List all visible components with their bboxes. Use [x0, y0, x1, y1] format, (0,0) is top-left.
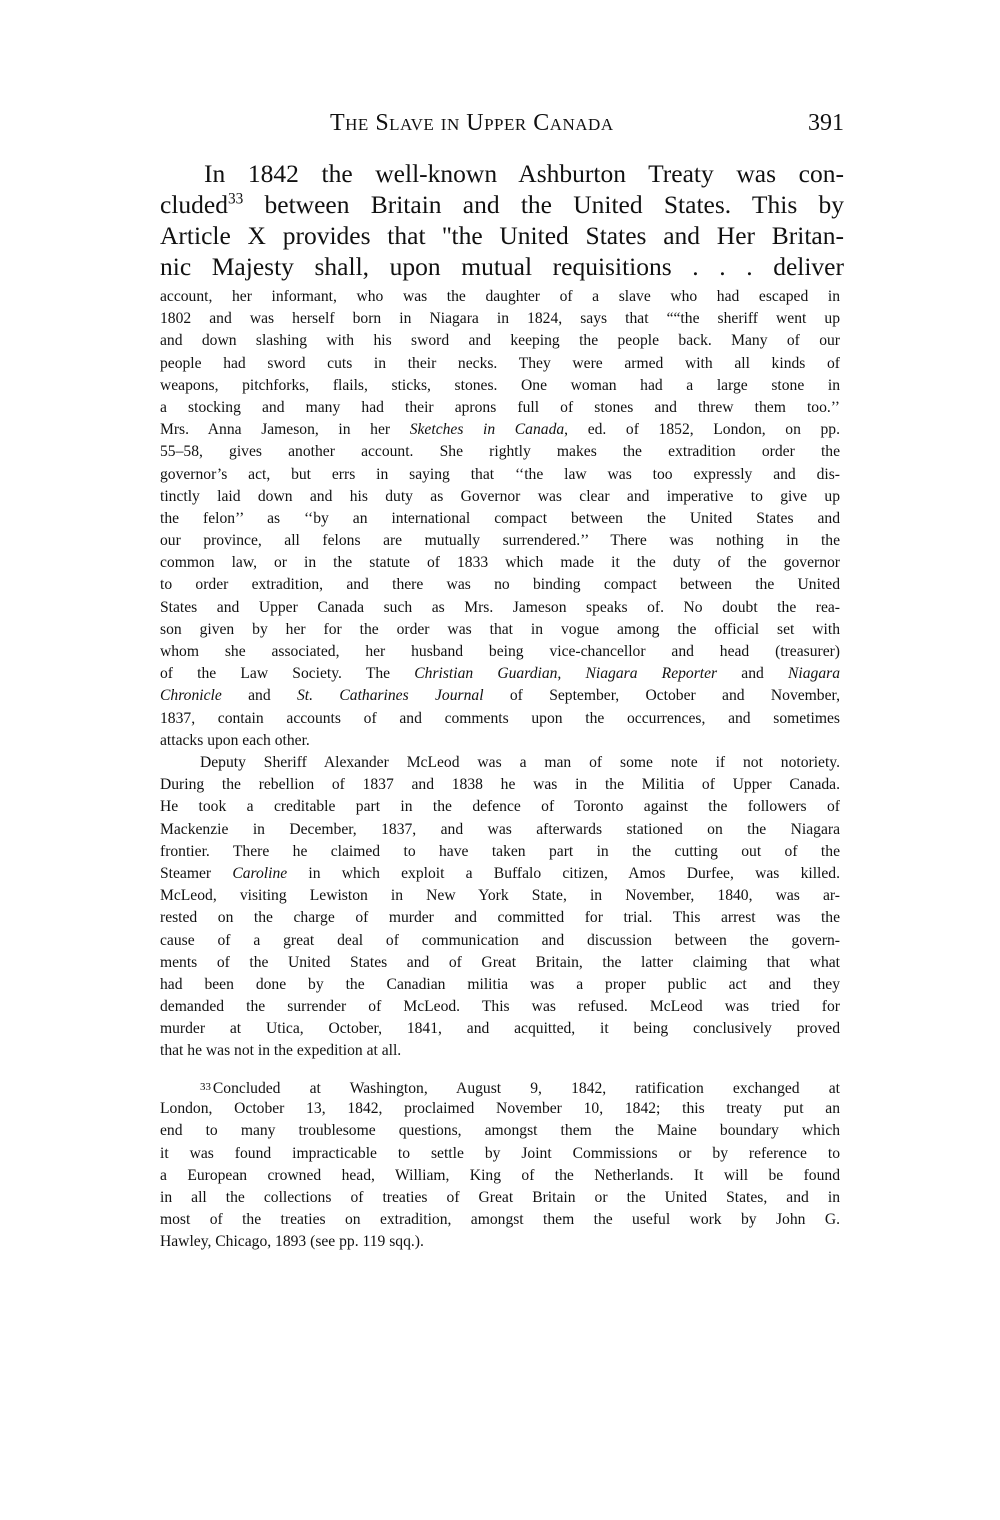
text-line: Deputy Sheriff Alexander McLeod was a ma… [160, 752, 840, 774]
book-title: Sketches in Canada [410, 421, 564, 438]
text-line: 1802 and was herself born in Niagara in … [160, 308, 840, 330]
text-line: end to many troublesome questions, among… [160, 1120, 840, 1142]
text-span: Concluded at Washington, August 9, 1842,… [213, 1080, 840, 1097]
text-line: weapons, pitchforks, flails, sticks, sto… [160, 375, 840, 397]
text-line: son given by her for the order was that … [160, 619, 840, 641]
text-line: During the rebellion of 1837 and 1838 he… [160, 774, 840, 796]
text-line: 1837, contain accounts of and comments u… [160, 708, 840, 730]
text-span: and [222, 687, 297, 704]
footnote-continuation: account, her informant, who was the daug… [160, 286, 840, 752]
running-header: The Slave in Upper Canada 391 [160, 110, 844, 142]
text-line: people had sword cuts in their necks. Th… [160, 353, 840, 375]
text-line: Article X provides that ''the United Sta… [160, 220, 844, 251]
text-line: demanded the surrender of McLeod. This w… [160, 996, 840, 1018]
newspaper-title: Chronicle [160, 687, 222, 704]
text-line: Hawley, Chicago, 1893 (see pp. 119 sqq.)… [160, 1231, 840, 1253]
ship-name: Caroline [232, 865, 287, 882]
text-line: In 1842 the well-known Ashburton Treaty … [160, 158, 844, 189]
text-line: McLeod, visiting Lewiston in New York St… [160, 885, 840, 907]
running-title: The Slave in Upper Canada [330, 110, 614, 137]
text-line: common law, or in the statute of 1833 wh… [160, 552, 840, 574]
text-line: Mrs. Anna Jameson, in her Sketches in Ca… [160, 419, 840, 441]
text-line: nic Majesty shall, upon mutual requisiti… [160, 251, 844, 282]
mcleod-paragraph: Deputy Sheriff Alexander McLeod was a ma… [160, 752, 840, 1063]
text-line: a European crowned head, William, King o… [160, 1165, 840, 1187]
text-line: most of the treaties on extradition, amo… [160, 1209, 840, 1231]
text-line: 55–58, gives another account. She rightl… [160, 441, 840, 463]
footnote-33: 33Concluded at Washington, August 9, 184… [160, 1076, 840, 1254]
newspaper-title: Christian Guardian, Niagara Reporter [414, 665, 717, 682]
text-span: cluded [160, 190, 228, 219]
newspaper-title: St. Catharines Journal [297, 687, 484, 704]
text-line: London, October 13, 1842, proclaimed Nov… [160, 1098, 840, 1120]
text-line: to order extradition, and there was no b… [160, 574, 840, 596]
text-line: governor’s act, but errs in saying that … [160, 464, 840, 486]
text-line: cause of a great deal of communication a… [160, 930, 840, 952]
text-line: tinctly laid down and his duty as Govern… [160, 486, 840, 508]
text-line: Mackenzie in December, 1837, and was aft… [160, 819, 840, 841]
text-span: in which exploit a Buffalo citizen, Amos… [287, 865, 840, 882]
newspaper-title: Niagara [788, 665, 840, 682]
lead-paragraph: In 1842 the well-known Ashburton Treaty … [160, 158, 844, 282]
text-span: between Britain and the United States. T… [243, 190, 844, 219]
text-line: had been done by the Canadian militia wa… [160, 974, 840, 996]
text-line: our province, all felons are mutually su… [160, 530, 840, 552]
text-line: whom she associated, her husband being v… [160, 641, 840, 663]
text-line: it was found impracticable to settle by … [160, 1143, 840, 1165]
text-line: in all the collections of treaties of Gr… [160, 1187, 840, 1209]
text-line: and down slashing with his sword and kee… [160, 330, 840, 352]
text-line: murder at Utica, October, 1841, and acqu… [160, 1018, 840, 1040]
text-span: of the Law Society. The [160, 665, 414, 682]
text-line: account, her informant, who was the daug… [160, 286, 840, 308]
text-line: cluded33 between Britain and the United … [160, 189, 844, 220]
text-span: , ed. of 1852, London, on pp. [564, 421, 840, 438]
text-line: a stocking and many had their aprons ful… [160, 397, 840, 419]
footnote-marker: 33 [200, 1081, 213, 1093]
text-line: rested on the charge of murder and commi… [160, 907, 840, 929]
page-number: 391 [808, 110, 844, 137]
text-line: attacks upon each other. [160, 730, 840, 752]
text-line: that he was not in the expedition at all… [160, 1040, 840, 1062]
text-span: Mrs. Anna Jameson, in her [160, 421, 410, 438]
text-span: of September, October and November, [484, 687, 840, 704]
text-line: the felon’’ as ‘‘by an international com… [160, 508, 840, 530]
text-span: and [717, 665, 788, 682]
text-span: Steamer [160, 865, 232, 882]
text-line: He took a creditable part in the defence… [160, 796, 840, 818]
text-line: States and Upper Canada such as Mrs. Jam… [160, 597, 840, 619]
text-line: Chronicle and St. Catharines Journal of … [160, 685, 840, 707]
footnote-reference-33[interactable]: 33 [228, 191, 243, 208]
text-line: Steamer Caroline in which exploit a Buff… [160, 863, 840, 885]
text-line: frontier. There he claimed to have taken… [160, 841, 840, 863]
text-line: of the Law Society. The Christian Guardi… [160, 663, 840, 685]
text-line: ments of the United States and of Great … [160, 952, 840, 974]
text-line: 33Concluded at Washington, August 9, 184… [160, 1076, 840, 1098]
